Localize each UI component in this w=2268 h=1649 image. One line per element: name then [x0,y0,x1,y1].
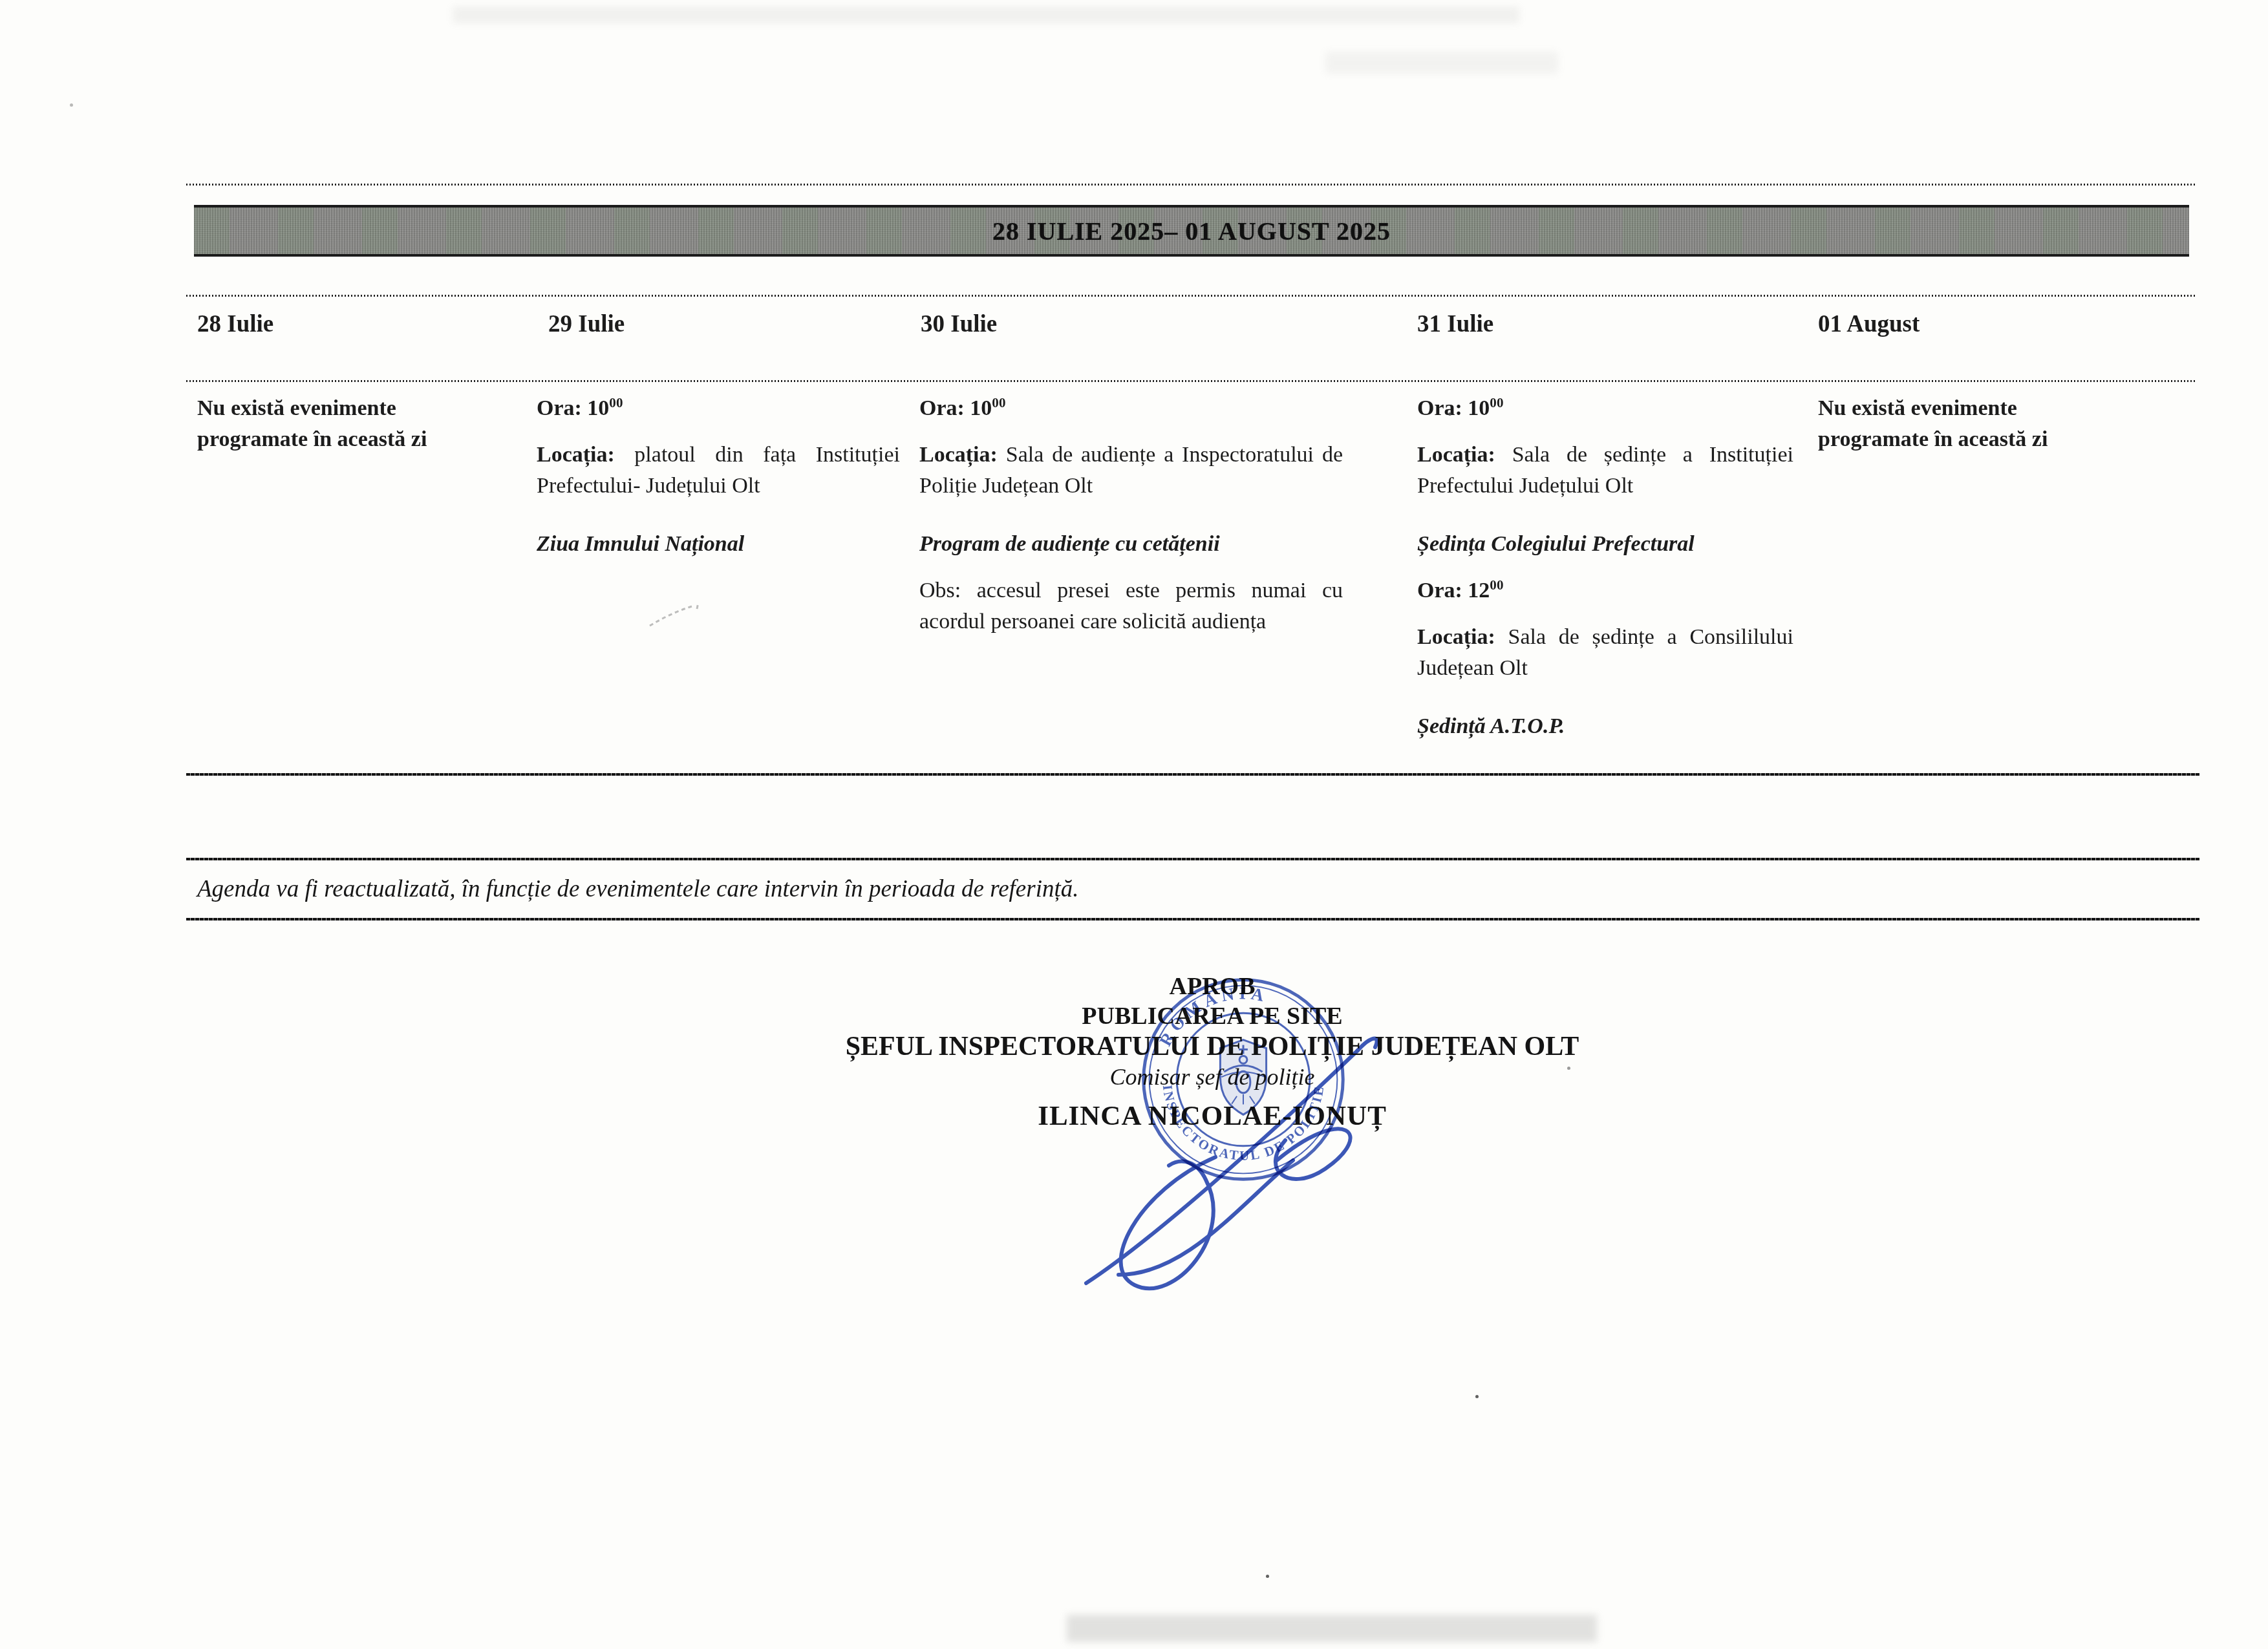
scan-speck [70,103,73,107]
rule-table-top [186,295,2197,297]
location-label: Locația: [537,443,615,467]
time-label: Ora: [537,396,582,420]
event-title: Ședința Colegiului Prefectural [1417,529,1793,560]
event-title: Program de audiențe cu cetățenii [919,529,1343,560]
event-location: Locația: Sala de audiențe a Inspectoratu… [919,440,1343,502]
pencil-mark [647,600,718,629]
day-column-29-iulie: Ora: 1000 Locația: platoul din fața Inst… [537,393,900,575]
day-column-28-iulie: Nu există evenimente programate în aceas… [197,393,501,455]
event-observation: Obs: accesul presei este permis numai cu… [919,575,1343,637]
time-superscript: 00 [1490,395,1503,410]
time-superscript: 00 [609,395,623,410]
column-header-29-iulie: 29 Iulie [548,310,625,338]
time-superscript: 00 [992,395,1005,410]
time-value: 10 [1468,396,1490,420]
event-location-2: Locația: Sala de ședințe a Consililului … [1417,622,1793,684]
footer-note: Agenda va fi reactualizată, în funcție d… [197,875,1079,903]
time-label: Ora: [1417,396,1462,420]
day-column-01-august: Nu există evenimente programate în aceas… [1818,393,2122,455]
event-location: Locația: Sala de ședințe a Instituției P… [1417,440,1793,502]
location-label: Locația: [919,443,998,467]
no-events-text: Nu există evenimente programate în aceas… [197,393,501,455]
location-label: Locația: [1417,625,1495,649]
day-column-30-iulie: Ora: 1000 Locația: Sala de audiențe a In… [919,393,1343,637]
scan-speck [1448,412,1451,416]
scan-speck [1266,1575,1269,1578]
scanned-agenda-document: 28 IULIE 2025– 01 AUGUST 2025 28 Iulie 2… [0,0,2268,1649]
event-location: Locația: platoul din fața Instituției Pr… [537,440,900,502]
column-header-28-iulie: 28 Iulie [197,310,273,338]
column-header-30-iulie: 30 Iulie [921,310,997,338]
rule-table-bottom [186,773,2199,776]
period-banner: 28 IULIE 2025– 01 AUGUST 2025 [194,205,2189,257]
event-title-2: Ședință A.T.O.P. [1417,711,1793,742]
period-banner-title: 28 IULIE 2025– 01 AUGUST 2025 [992,216,1391,246]
column-header-01-august: 01 August [1818,310,1920,338]
handwritten-signature [1022,995,1435,1319]
event-title: Ziua Imnului Național [537,529,900,560]
event-time: Ora: 1000 [919,393,1343,424]
scan-speck [1567,1067,1570,1070]
event-time: Ora: 1000 [537,393,900,424]
time-label: Ora: [1417,579,1462,602]
location-label: Locația: [1417,443,1495,467]
no-events-text: Nu există evenimente programate în aceas… [1818,393,2122,455]
column-header-31-iulie: 31 Iulie [1417,310,1493,338]
rule-header-bottom [186,380,2197,382]
day-column-31-iulie: Ora: 1000 Locația: Sala de ședințe a Ins… [1417,393,1793,758]
rule-top [186,184,2197,186]
time-label: Ora: [919,396,965,420]
rule-note-top [186,858,2199,860]
scan-smudge-top [453,6,1519,23]
event-time: Ora: 1000 [1417,393,1793,424]
scan-smudge-bottom [1067,1615,1597,1642]
scan-speck [1475,1395,1479,1398]
time-value: 12 [1468,579,1490,602]
time-value: 10 [587,396,609,420]
rule-note-bottom [186,918,2199,920]
time-value: 10 [970,396,992,420]
scan-smudge-top-right [1325,52,1558,74]
event-time-2: Ora: 1200 [1417,575,1793,606]
time-superscript: 00 [1490,577,1503,593]
